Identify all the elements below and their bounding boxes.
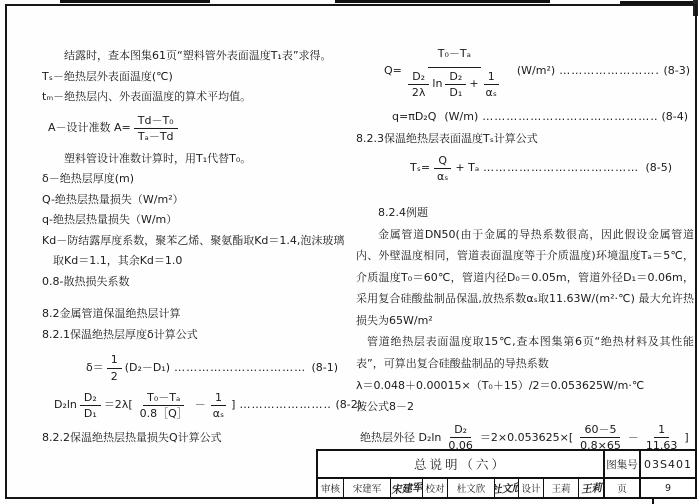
f83-plus: + [469, 74, 478, 95]
f81-num: 1 [107, 353, 122, 368]
section-heading-8-2-4: 8.2.4例题 [356, 203, 694, 224]
f82-fraction-3: 1 αₛ [209, 391, 228, 420]
f82-fraction-1: D₂ D₁ [80, 391, 101, 420]
title-block-row-2: 审核 宋建军 宋建军 校对 杜文欣 杜文欣 设计 王莉 王莉 页 9 [318, 479, 695, 497]
section-heading-8-2-3: 8.2.3保温绝热层表面温度Tₛ计算公式 [356, 129, 694, 150]
f81-equation-tag: (8-1) [311, 358, 338, 379]
example-paragraph-1: 金属管道DN50(由于金属的导热系数很高，因此假设金属管道内、外壁温度相同，管道… [356, 224, 694, 332]
f81-rhs: (D₂－D₁) [125, 358, 170, 379]
f82-f3d: αₛ [209, 406, 228, 420]
fex-minus: － [628, 428, 639, 449]
definition-tm: tₘ－绝热层内、外表面温度的算术平均值。 [42, 87, 362, 108]
f84-unit: (W/m) [444, 107, 478, 128]
title-block-row-1: 总说明（六） 图集号 03S401 [318, 451, 695, 479]
checker-name: 杜文欣 [447, 479, 494, 497]
reviewer-role: 审核 [318, 479, 343, 497]
section-heading-8-2: 8.2金属管道保温绝热层计算 [42, 304, 362, 325]
section-heading-8-2-2: 8.2.2保温绝热层热量损失Q计算公式 [42, 428, 362, 449]
f82-dots: …………………………………… [239, 395, 331, 416]
f83-ln: ln [432, 74, 442, 95]
f81-den: 2 [107, 369, 122, 383]
f83-equation-tag: (8-3) [663, 61, 690, 82]
f83-denominator: D₂ 2λ ln D₂ D₁ + 1 αₛ [405, 68, 504, 99]
sheet-title: 总说明（六） [318, 451, 603, 477]
f81-dots: …………………………………………… [174, 358, 307, 379]
scan-artifact [60, 0, 210, 3]
f82-pre: D₂ln [54, 395, 77, 416]
right-text-column: Q= T₀－Tₐ D₂ 2λ ln D₂ D₁ + 1 α [356, 42, 694, 479]
f83-big-fraction: T₀－Tₐ D₂ 2λ ln D₂ D₁ + 1 αₛ [405, 44, 504, 99]
f84-dots: ……………………………………… [482, 107, 657, 128]
f83-lhs: Q= [384, 61, 402, 82]
fex-f2n: 60－5 [580, 423, 620, 438]
f83-d1d: 2λ [408, 85, 430, 99]
f82-close: ] [231, 395, 235, 416]
formula-A-fraction: Td－T₀ Tₐ－Td [134, 114, 178, 143]
f85-num: Q [434, 154, 451, 169]
f82-f1d: D₁ [80, 406, 101, 420]
f85-dots: ………………………………… [483, 158, 641, 179]
signature-text: 王莉 [580, 480, 602, 497]
atlas-number-value: 03S401 [639, 451, 695, 477]
checker-signature: 杜文欣 [494, 479, 518, 497]
fex-f3n: 1 [654, 423, 669, 438]
f81-fraction: 1 2 [107, 353, 122, 382]
f85-lhs: Tₛ= [410, 158, 430, 179]
fex-pre: 绝热层外径 D₂ln [360, 428, 441, 449]
formula-8-4: q=πD₂Q (W/m) ……………………………………… (8-4) [392, 107, 688, 128]
formula-design-number: A－设计准数 A= Td－T₀ Tₐ－Td [48, 114, 362, 143]
f82-f2d: 0.8［Q］ [136, 406, 192, 420]
atlas-number-label: 图集号 [603, 451, 639, 477]
left-text-column: 结露时，查本图集61页“塑料管外表面温度T₁表”求得。 Tₛ－绝热层外表面温度(… [42, 46, 362, 449]
definition-q: q-绝热层热量损失（W/m） [42, 210, 362, 231]
f82-eq: ＝2λ[ [104, 395, 133, 416]
f83-d3n: 1 [484, 70, 499, 85]
f83-den-frac-3: 1 αₛ [482, 70, 501, 99]
formula-8-5: Tₛ= Q αₛ + Tₐ ………………………………… (8-5) [410, 154, 672, 183]
f83-den-frac-2: D₂ D₁ [445, 70, 466, 99]
designer-name: 王莉 [543, 479, 578, 497]
f82-minus: － [195, 395, 206, 416]
example-paragraph-2: 管道绝热层表面温度取15℃,查本图集第6页“绝热材料及其性能表”，可算出复合硅酸… [356, 331, 694, 374]
section-heading-8-2-1: 8.2.1保温绝热层厚度δ计算公式 [42, 325, 362, 346]
definition-Kd-2: 取Kd＝1.1，其余Kd＝1.0 [42, 251, 362, 272]
f82-f1n: D₂ [80, 391, 101, 406]
designer-signature: 王莉 [578, 479, 603, 497]
title-block: 总说明（六） 图集号 03S401 审核 宋建军 宋建军 校对 杜文欣 杜文欣 … [316, 449, 697, 499]
definition-ts: Tₛ－绝热层外表面温度(℃) [42, 67, 362, 88]
fex-f1n: D₂ [450, 423, 471, 438]
f83-dots: ……………………………………… [559, 61, 659, 82]
per-formula-line: 按公式8－2 [356, 397, 694, 418]
f83-numerator: T₀－Tₐ [428, 44, 481, 68]
definition-delta: δ－绝热层厚度(m) [42, 169, 362, 190]
f83-d2d: D₁ [445, 85, 466, 99]
f82-f2n: T₀－Tₐ [143, 391, 184, 406]
formula-A-numerator: Td－T₀ [134, 114, 178, 129]
reviewer-name: 宋建军 [343, 479, 390, 497]
f85-fraction: Q αₛ [433, 154, 452, 183]
fex-close: ] [684, 428, 688, 449]
formula-A-denominator: Tₐ－Td [134, 129, 178, 143]
f84-expression: q=πD₂Q [392, 107, 436, 128]
reviewer-signature: 宋建军 [390, 479, 422, 497]
f83-d2n: D₂ [445, 70, 466, 85]
designer-role: 设计 [518, 479, 543, 497]
intro-line: 结露时，查本图集61页“塑料管外表面温度T₁表”求得。 [42, 46, 362, 67]
definition-Q: Q-绝热层热量损失（W/m²） [42, 190, 362, 211]
f85-den: αₛ [433, 169, 452, 183]
f83-d1n: D₂ [408, 70, 429, 85]
f85-equation-tag: (8-5) [645, 158, 672, 179]
f85-rhs: + Tₐ [455, 158, 479, 179]
formula-8-3: Q= T₀－Tₐ D₂ 2λ ln D₂ D₁ + 1 α [384, 44, 690, 99]
signature-text: 杜文欣 [494, 479, 518, 497]
document-page: 结露时，查本图集61页“塑料管外表面温度T₁表”求得。 Tₛ－绝热层外表面温度(… [0, 0, 698, 504]
formula-8-1: δ＝ 1 2 (D₂－D₁) …………………………………………… (8-1) [86, 353, 338, 382]
f83-d3d: αₛ [482, 85, 501, 99]
f82-f3n: 1 [211, 391, 226, 406]
fex-eq: ＝2×0.053625×[ [480, 428, 573, 449]
f83-den-frac-1: D₂ 2λ [408, 70, 430, 99]
checker-role: 校对 [422, 479, 447, 497]
lambda-equation-line: λ＝0.048＋0.00015×（T₀＋15）/2＝0.053625W/m·℃ [356, 376, 694, 397]
scan-artifact [652, 497, 654, 504]
definition-heat-loss-factor: 0.8-散热损失系数 [42, 272, 362, 293]
plastic-pipe-note: 塑料管设计准数计算时，用T₁代替T₀。 [42, 149, 362, 170]
definition-Kd-1: Kd－防结露厚度系数，聚苯乙烯、聚氨酯取Kd＝1.4,泡沫玻璃 [42, 231, 362, 252]
page-label: 页 [603, 479, 639, 497]
f81-lhs: δ＝ [86, 358, 104, 379]
f84-equation-tag: (8-4) [661, 107, 688, 128]
signature-text: 宋建军 [390, 479, 422, 497]
formula-8-2: D₂ln D₂ D₁ ＝2λ[ T₀－Tₐ 0.8［Q］ － 1 αₛ ] ……… [54, 391, 362, 420]
f82-fraction-2: T₀－Tₐ 0.8［Q］ [136, 391, 192, 420]
formula-A-label: A－设计准数 A= [48, 118, 131, 139]
scan-artifact [335, 0, 550, 3]
page-number: 9 [639, 479, 695, 497]
f83-unit: (W/m²) [517, 61, 555, 82]
